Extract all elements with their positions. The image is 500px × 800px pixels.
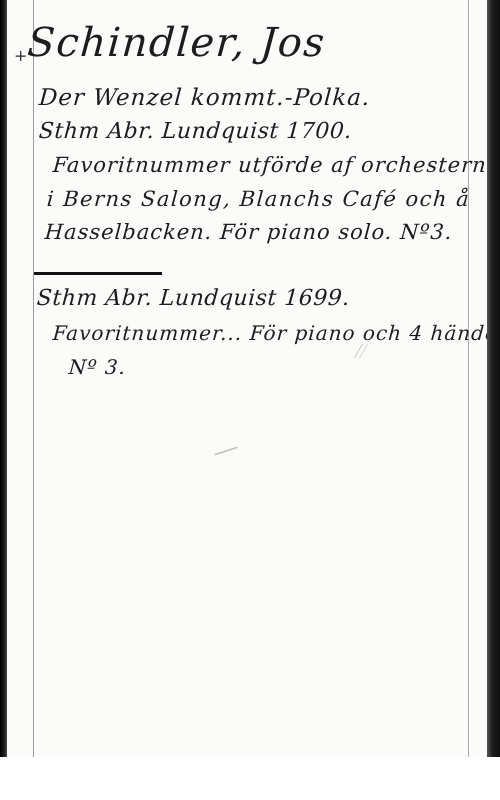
entry-divider-line [34,272,162,275]
scan-edge-right [487,0,500,757]
left-margin-rule [33,0,34,757]
right-margin-rule [468,0,469,757]
pencil-smudge [214,446,237,455]
composer-heading: Schindler, Jos [26,21,327,65]
entry1-note-line-1: Favoritnummer utförde af orchesterne [52,154,500,177]
imprint-line-1: Sthm Abr. Lundquist 1700. [38,120,353,144]
work-title: Der Wenzel kommt.-Polka. [38,86,371,111]
pencil-smudge [354,344,368,358]
imprint-line-2: Sthm Abr. Lundquist 1699. [36,287,351,311]
entry1-note-line-3: Hasselbacken. För piano solo. Nº3. [44,221,453,244]
entry2-note-line-1: Favoritnummer... För piano och 4 händer. [52,322,500,344]
entry2-note-line-2: Nº 3. [68,356,127,378]
catalog-card: + Schindler, Jos Der Wenzel kommt.-Polka… [0,0,500,757]
entry1-note-line-2: i Berns Salong, Blanchs Café och å [46,188,471,211]
scanned-catalog-page: + Schindler, Jos Der Wenzel kommt.-Polka… [0,0,500,800]
scan-edge-left [0,0,7,757]
